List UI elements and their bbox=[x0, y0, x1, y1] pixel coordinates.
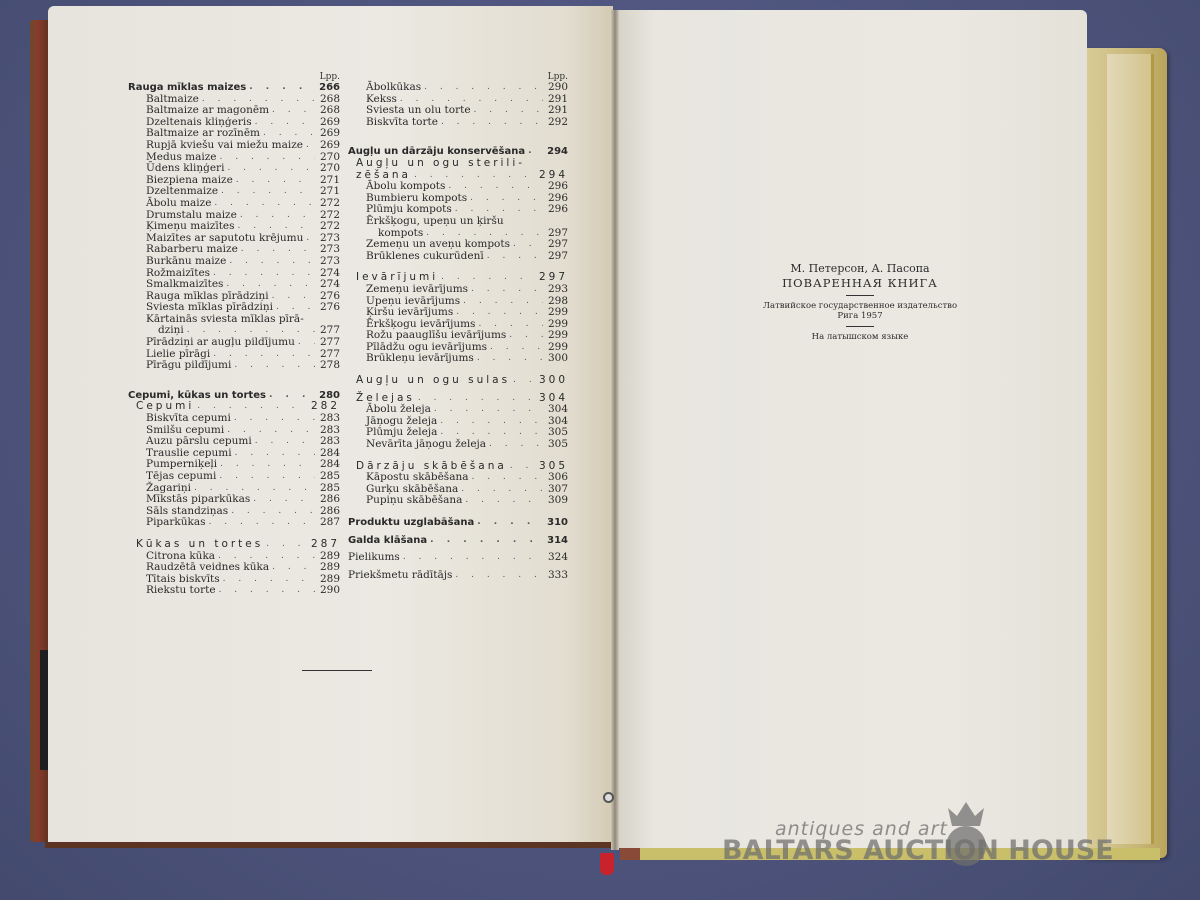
toc-entry: Pīrāgu pildījumi278 bbox=[128, 360, 340, 372]
toc-entry-title: Ābolkūkas bbox=[366, 82, 421, 94]
toc-leader-dots bbox=[219, 585, 315, 597]
toc-leader-dots bbox=[477, 353, 543, 365]
toc-entry: Zemeņu un aveņu kompots297 bbox=[348, 239, 568, 251]
title-page-block: М. Петерсон, А. Пасопа ПОВАРЕННАЯ КНИГА … bbox=[740, 262, 980, 342]
toc-entry: Ērkšķogu, upeņu un ķiršu bbox=[348, 216, 568, 228]
book-language-note: На латышском языке bbox=[740, 332, 980, 342]
toc-entry-page: 300 bbox=[539, 375, 568, 387]
toc-entry: Augļu un ogu sulas300 bbox=[348, 375, 568, 387]
toc-entry-page: 299 bbox=[546, 307, 568, 319]
toc-leader-dots bbox=[513, 375, 536, 387]
toc-leader-dots bbox=[221, 186, 315, 198]
toc-entry: Ābolkūkas290 bbox=[348, 82, 568, 94]
toc-leader-dots bbox=[474, 105, 543, 117]
toc-entry: Raudzētā veidnes kūka289 bbox=[128, 562, 340, 574]
toc-entry-title: Kūkas un tortes bbox=[136, 539, 263, 551]
toc-entry: Rupjā kviešu vai miežu maize269 bbox=[128, 140, 340, 152]
toc-entry: Ūdens kliņģeri270 bbox=[128, 163, 340, 175]
toc-entry-title: Ērkšķogu, upeņu un ķiršu bbox=[366, 216, 504, 228]
toc-leader-dots bbox=[253, 494, 315, 506]
toc-list-right: Ābolkūkas290Kekss291Sviesta un olu torte… bbox=[348, 82, 568, 581]
toc-entry-page: 324 bbox=[546, 552, 568, 564]
toc-entry: Ķiršu ievārījums299 bbox=[348, 307, 568, 319]
toc-spacer bbox=[348, 128, 568, 146]
toc-leader-dots bbox=[238, 221, 315, 233]
toc-entry: Augļu un ogu sterili- bbox=[348, 158, 568, 170]
toc-entry-title: Ķimeņu maizītes bbox=[146, 221, 235, 233]
right-page bbox=[617, 10, 1087, 848]
toc-entry-title: Augļu un ogu sterili- bbox=[356, 158, 525, 170]
toc-leader-dots bbox=[214, 198, 315, 210]
toc-leader-dots bbox=[418, 393, 536, 405]
toc-leader-dots bbox=[465, 495, 543, 507]
toc-entry-title: Produktu uzglabāšana bbox=[348, 517, 474, 529]
toc-entry-page: 276 bbox=[318, 302, 340, 314]
toc-leader-dots bbox=[441, 117, 543, 129]
toc-entry-page: 285 bbox=[318, 471, 340, 483]
toc-entry: Rauga mīklas maizes266 bbox=[128, 82, 340, 94]
toc-leader-dots bbox=[241, 244, 315, 256]
page-column-label: Lpp. bbox=[128, 72, 340, 82]
toc-entry: Zemeņu ievārījums293 bbox=[348, 284, 568, 296]
toc-entry: Pupiņu skābēšana309 bbox=[348, 495, 568, 507]
toc-entry: Smalkmaizītes274 bbox=[128, 279, 340, 291]
book-cover-left-edge bbox=[30, 20, 50, 842]
toc-leader-dots bbox=[226, 279, 315, 291]
toc-entry-page: 293 bbox=[546, 284, 568, 296]
toc-leader-dots bbox=[220, 459, 315, 471]
toc-leader-dots bbox=[236, 175, 315, 187]
toc-entry: Priekšmetu rādītājs333 bbox=[348, 570, 568, 582]
toc-leader-dots bbox=[229, 256, 315, 268]
toc-entry-title: Ķiršu ievārījums bbox=[366, 307, 453, 319]
toc-entry: Riekstu torte290 bbox=[128, 585, 340, 597]
toc-entry: Brūkleņu ievārījums300 bbox=[348, 353, 568, 365]
toc-entry: Piparkūkas287 bbox=[128, 517, 340, 529]
toc-leader-dots bbox=[227, 163, 315, 175]
toc-entry-page: 270 bbox=[318, 163, 340, 175]
toc-entry-title: Biskvīta torte bbox=[366, 117, 438, 129]
toc-spacer bbox=[348, 507, 568, 517]
toc-entry: Ķimeņu maizītes272 bbox=[128, 221, 340, 233]
toc-leader-dots bbox=[470, 193, 543, 205]
toc-leader-dots bbox=[477, 517, 543, 529]
toc-entry-page: 266 bbox=[318, 82, 340, 94]
toc-entry-page: 283 bbox=[318, 413, 340, 425]
book-title: ПОВАРЕННАЯ КНИГА bbox=[740, 276, 980, 290]
end-rule bbox=[302, 670, 372, 671]
toc-leader-dots bbox=[231, 506, 315, 518]
toc-leader-dots bbox=[272, 562, 315, 574]
bookmark-ribbon bbox=[600, 853, 614, 875]
toc-leader-dots bbox=[234, 360, 315, 372]
toc-leader-dots bbox=[456, 307, 543, 319]
toc-leader-dots bbox=[509, 330, 543, 342]
binding-staple-hole bbox=[603, 792, 614, 803]
toc-entry-title: Pielikums bbox=[348, 552, 400, 564]
toc-leader-dots bbox=[272, 105, 315, 117]
toc-entry: Ābolu maize272 bbox=[128, 198, 340, 210]
toc-entry-title: Zemeņu ievārījums bbox=[366, 284, 468, 296]
toc-entry-title: Ābolu kompots bbox=[366, 181, 445, 193]
toc-entry-page: 292 bbox=[546, 117, 568, 129]
toc-entry-title: Burkānu maize bbox=[146, 256, 226, 268]
toc-entry-page: 273 bbox=[318, 256, 340, 268]
toc-leader-dots bbox=[219, 471, 315, 483]
toc-entry-title: Ūdens kliņģeri bbox=[146, 163, 224, 175]
toc-column-left: Lpp. Rauga mīklas maizes266Baltmaize268B… bbox=[128, 72, 340, 597]
toc-entry-title: Riekstu torte bbox=[146, 585, 216, 597]
toc-entry-page: 314 bbox=[546, 535, 568, 547]
toc-leader-dots bbox=[266, 539, 308, 551]
toc-leader-dots bbox=[234, 413, 315, 425]
cover-damage-strip bbox=[40, 650, 48, 770]
title-rule bbox=[846, 326, 874, 327]
toc-entry-page: 274 bbox=[318, 279, 340, 291]
toc-entry: Pielikums324 bbox=[348, 552, 568, 564]
toc-entry: Kūkas un tortes287 bbox=[128, 539, 340, 551]
toc-leader-dots bbox=[513, 239, 543, 251]
toc-entry-page: 296 bbox=[546, 181, 568, 193]
toc-entry-page: 297 bbox=[546, 251, 568, 263]
toc-entry-page: 272 bbox=[318, 198, 340, 210]
toc-entry-page: 287 bbox=[318, 517, 340, 529]
toc-entry-page: 277 bbox=[318, 337, 340, 349]
toc-entry: Brūklenes cukurūdenī297 bbox=[348, 251, 568, 263]
toc-entry-page: 296 bbox=[546, 204, 568, 216]
toc-leader-dots bbox=[298, 337, 315, 349]
toc-entry: Ābolu kompots296 bbox=[348, 181, 568, 193]
toc-entry-title: Augļu un ogu sulas bbox=[356, 375, 510, 387]
toc-leader-dots bbox=[489, 439, 543, 451]
toc-entry-page: 272 bbox=[318, 221, 340, 233]
toc-leader-dots bbox=[471, 284, 543, 296]
toc-leader-dots bbox=[235, 448, 315, 460]
toc-leader-dots bbox=[220, 152, 316, 164]
toc-leader-dots bbox=[306, 140, 315, 152]
toc-list-left: Rauga mīklas maizes266Baltmaize268Baltma… bbox=[128, 82, 340, 597]
toc-entry-title: Zemeņu un aveņu kompots bbox=[366, 239, 510, 251]
toc-entry: Galda klāšana314 bbox=[348, 535, 568, 547]
toc-entry-title: Rauga mīklas maizes bbox=[128, 82, 246, 94]
toc-leader-dots bbox=[255, 117, 315, 129]
toc-leader-dots bbox=[528, 146, 543, 158]
toc-entry-page: 309 bbox=[546, 495, 568, 507]
toc-entry-title: Ābolu maize bbox=[146, 198, 211, 210]
toc-leader-dots bbox=[434, 404, 543, 416]
toc-leader-dots bbox=[440, 416, 543, 428]
toc-entry-page: 300 bbox=[546, 353, 568, 365]
toc-leader-dots bbox=[461, 484, 543, 496]
book-publisher: Латвийское государственное издательство bbox=[740, 301, 980, 311]
toc-entry: Biskvīta torte292 bbox=[348, 117, 568, 129]
watermark-brand: BALTARS AUCTION HOUSE bbox=[722, 835, 1114, 866]
toc-entry: Nevārīta jāņogu želeja305 bbox=[348, 439, 568, 451]
toc-entry-title: Piparkūkas bbox=[146, 517, 206, 529]
toc-entry: Produktu uzglabāšana310 bbox=[348, 517, 568, 529]
toc-entry-page: 297 bbox=[546, 239, 568, 251]
toc-entry: Burkānu maize273 bbox=[128, 256, 340, 268]
toc-entry-title: Brūkleņu ievārījums bbox=[366, 353, 474, 365]
toc-leader-dots bbox=[255, 436, 315, 448]
toc-entry: Tējas cepumi285 bbox=[128, 471, 340, 483]
toc-entry-page: 305 bbox=[546, 439, 568, 451]
toc-leader-dots bbox=[209, 517, 315, 529]
toc-entry-title: Pīrāgu pildījumi bbox=[146, 360, 231, 372]
toc-entry-title: Brūklenes cukurūdenī bbox=[366, 251, 484, 263]
toc-leader-dots bbox=[471, 472, 543, 484]
toc-entry: Pīrādziņi ar augļu pildījumu277 bbox=[128, 337, 340, 349]
toc-leader-dots bbox=[223, 574, 315, 586]
toc-entry-title: Pīrādziņi ar augļu pildījumu bbox=[146, 337, 295, 349]
toc-spacer bbox=[128, 372, 340, 390]
toc-leader-dots bbox=[424, 82, 543, 94]
book-gutter bbox=[611, 10, 619, 850]
toc-entry-title: Biskvīta cepumi bbox=[146, 413, 231, 425]
toc-column-right: Lpp. Ābolkūkas290Kekss291Sviesta un olu … bbox=[348, 72, 568, 581]
toc-leader-dots bbox=[240, 210, 315, 222]
toc-leader-dots bbox=[487, 251, 543, 263]
toc-entry-title: Nevārīta jāņogu želeja bbox=[366, 439, 486, 451]
toc-entry-page: 287 bbox=[311, 539, 340, 551]
toc-entry-page: 290 bbox=[318, 585, 340, 597]
cover-bottom-corner bbox=[620, 848, 640, 860]
toc-leader-dots bbox=[455, 570, 543, 582]
toc-leader-dots bbox=[213, 268, 315, 280]
title-rule bbox=[846, 295, 874, 296]
toc-entry-title: Galda klāšana bbox=[348, 535, 427, 547]
toc-entry-page: 290 bbox=[546, 82, 568, 94]
toc-entry-title: Pupiņu skābēšana bbox=[366, 495, 462, 507]
toc-entry-page: 294 bbox=[546, 146, 568, 158]
toc-leader-dots bbox=[249, 82, 315, 94]
toc-entry-title: Rupjā kviešu vai miežu maize bbox=[146, 140, 303, 152]
toc-entry-title: Priekšmetu rādītājs bbox=[348, 570, 452, 582]
toc-entry-page: 333 bbox=[546, 570, 568, 582]
toc-entry-page: 289 bbox=[318, 562, 340, 574]
book-authors: М. Петерсон, А. Пасопа bbox=[740, 262, 980, 275]
toc-entry: Biskvīta cepumi283 bbox=[128, 413, 340, 425]
toc-leader-dots bbox=[403, 552, 543, 564]
toc-entry-page: 310 bbox=[546, 517, 568, 529]
toc-entry-page: 269 bbox=[318, 140, 340, 152]
toc-leader-dots bbox=[272, 291, 315, 303]
toc-leader-dots bbox=[490, 342, 543, 354]
toc-entry-title: Raudzētā veidnes kūka bbox=[146, 562, 269, 574]
toc-leader-dots bbox=[448, 181, 543, 193]
toc-leader-dots bbox=[463, 296, 543, 308]
toc-leader-dots bbox=[306, 233, 315, 245]
toc-leader-dots bbox=[510, 461, 536, 473]
toc-leader-dots bbox=[269, 390, 315, 402]
book-cover-right-edge bbox=[1085, 48, 1167, 858]
toc-entry-title: Smalkmaizītes bbox=[146, 279, 223, 291]
toc-entry-title: Tējas cepumi bbox=[146, 471, 216, 483]
crown-icon bbox=[948, 802, 984, 826]
book-city-year: Рига 1957 bbox=[740, 311, 980, 321]
toc-entry-page: 278 bbox=[318, 360, 340, 372]
toc-leader-dots bbox=[430, 535, 543, 547]
cover-inner-board bbox=[1107, 54, 1154, 844]
